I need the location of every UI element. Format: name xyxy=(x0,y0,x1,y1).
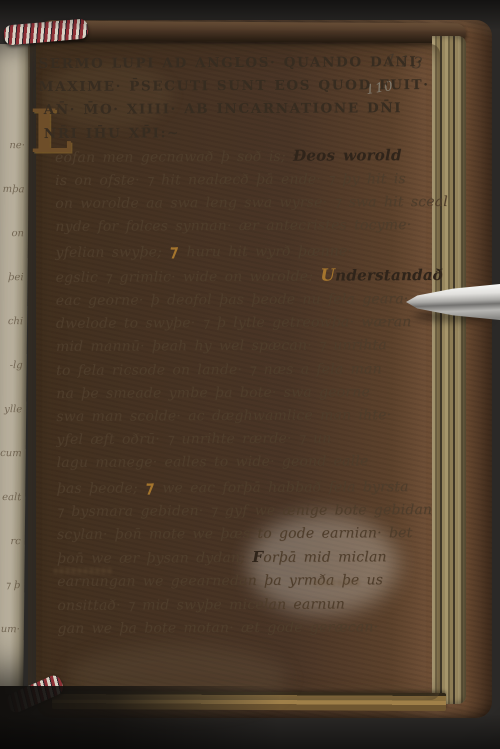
manuscript-line: AN̄· M̄O· XIIII· AB INCARNATIONE DN̄I xyxy=(44,97,427,122)
text-block: SERMO LUPI AD ANGLOS· QUANDO DANI·MAXIME… xyxy=(54,51,429,641)
text-fragment: ⁊ þ xyxy=(0,580,20,624)
text-fragment: cum xyxy=(0,448,22,492)
text-segment: dwelode to swyþe· ⁊ þ lytle getreowþa· w… xyxy=(56,314,412,332)
text-segment: on worolde aa swa leng swa wyrse· ⁊ swa … xyxy=(55,194,448,212)
text-segment: onsittað· ⁊ mid swyþe micelan earnun xyxy=(57,596,345,614)
text-segment: scylan· þon̄ mote we þæs to gode earnian… xyxy=(57,525,413,543)
manuscript-line: on worolde aa swa leng swa wyrse· ⁊ swa … xyxy=(55,191,427,216)
text-segment: gan we þa bote motan· æt gode geræcan· xyxy=(57,619,378,637)
manuscript-line: lagu manege· ealles to wide· geond ealle xyxy=(57,450,429,475)
text-fragment: -lg xyxy=(0,360,23,404)
text-segment: þas þeode; xyxy=(57,480,145,496)
text-segment: na þe smeade ymbe þa bote· swa georne xyxy=(56,384,370,402)
manuscript-line: yfel æft oðrū· ⁊ unrihte rærde· ⁊ un xyxy=(56,427,428,452)
text-segment: AN̄· M̄O· XIIII· AB INCARNATIONE DN̄I xyxy=(44,101,403,119)
text-segment: huru hit wyrð þænne· xyxy=(186,243,352,260)
text-segment: ⁊ bysmara gebiden· ⁊ gyf we ænige bote g… xyxy=(57,502,432,520)
text-segment: ⁊ xyxy=(169,240,186,260)
manuscript-line: ⁊ bysmara gebiden· ⁊ gyf we ænige bote g… xyxy=(57,499,429,524)
facing-page-text-fragments: ne·mþaonþeichi-lgyllecumealtrc⁊ þum· xyxy=(0,140,25,668)
text-segment: SERMO LUPI AD ANGLOS· QUANDO DANI· xyxy=(38,54,423,72)
text-segment: lagu manege· ealles to wide· geond ealle xyxy=(57,454,369,472)
text-fragment: rc xyxy=(0,536,21,580)
text-fragment: ealt xyxy=(0,492,21,536)
manuscript-line: NR̄I IH̄U XP̄I:~ xyxy=(44,121,427,146)
manuscript-line: MAXIME· P̄SECUTI SUNT EOS QUOD FUIT· xyxy=(39,74,427,99)
text-fragment: on xyxy=(0,228,24,272)
text-segment: to fela ricsode on lande· ⁊ næs a fela m… xyxy=(56,361,382,379)
text-segment: nderstandað xyxy=(335,266,443,285)
text-fragment: um· xyxy=(0,624,20,668)
manuscript-line: onsittað· ⁊ mid swyþe micelan earnun xyxy=(57,593,429,618)
text-segment: we eac forþā habbað fela byrsta xyxy=(162,479,408,496)
manuscript-line: na þe smeade ymbe þa bote· swa georne xyxy=(56,381,428,406)
manuscript-line: SERMO LUPI AD ANGLOS· QUANDO DANI· xyxy=(38,51,426,76)
text-segment: Ðeos worold xyxy=(293,146,402,165)
text-fragment: mþa xyxy=(0,184,25,228)
text-segment: U xyxy=(320,264,335,284)
manuscript-line: egslic ⁊ grimlic· wide on worolde; Under… xyxy=(56,263,428,290)
manuscript-line: þas þeode; ⁊ we eac forþā habbað fela by… xyxy=(57,474,429,501)
text-segment: ⁊ xyxy=(145,476,162,496)
manuscript-line: yfelian swyþe; ⁊ huru hit wyrð þænne· xyxy=(55,238,427,265)
marginal-mark xyxy=(314,580,360,586)
manuscript-line: þon̄ we ær þysan dydan; Forþā mid miclan xyxy=(57,545,429,571)
text-fragment: ylle xyxy=(0,404,22,448)
manuscript-line: dwelode to swyþe· ⁊ þ lytle getreowþa· w… xyxy=(56,311,428,336)
manuscript-line: mid mannū· þeah hy wel spæcan· ⁊ unrihta xyxy=(56,334,428,359)
facing-page-edge: ne·mþaonþeichi-lgyllecumealtrc⁊ þum· xyxy=(0,44,30,694)
text-segment: yfelian swyþe; xyxy=(55,244,169,261)
manuscript-line: eac georne· þ deofol þas þeode nu fela g… xyxy=(56,288,428,313)
text-fragment: ne· xyxy=(0,140,25,184)
text-fragment: þei xyxy=(0,272,24,316)
manuscript-line: is on ofste· ⁊ hit nealæcð þā ende· ⁊ þy… xyxy=(55,168,427,193)
text-segment: eac georne· þ deofol þas þeode nu fela g… xyxy=(56,291,409,309)
text-segment: swa man scolde· ac dæghwamlice man ihte· xyxy=(56,407,391,425)
manuscript-line: eofan men gecnawað þ soð is; Ðeos worold xyxy=(55,144,427,170)
spine-roll xyxy=(42,21,466,44)
manuscript-line: earnungan we geearnedan þa yrmða þe us xyxy=(57,569,429,594)
text-segment: is on ofste· ⁊ hit nealæcð þā ende· ⁊ þy… xyxy=(55,171,406,189)
text-segment: nyde for folces synnan· ær antecristes t… xyxy=(55,218,411,236)
manuscript-line: scylan· þon̄ mote we þæs to gode earnian… xyxy=(57,522,429,547)
text-segment: NR̄I IH̄U XP̄I:~ xyxy=(44,125,180,142)
manuscript-line: swa man scolde· ac dæghwamlice man ihte· xyxy=(56,404,428,429)
manuscript-line: gan we þa bote motan· æt gode geræcan· xyxy=(57,616,429,641)
text-fragment: chi xyxy=(0,316,23,360)
manuscript-line: nyde for folces synnan· ær antecristes t… xyxy=(55,214,427,239)
text-segment: orþā mid miclan xyxy=(263,550,387,567)
manuscript-page: 113 110 L SERMO LUPI AD ANGLOS· QUANDO D… xyxy=(28,44,440,700)
text-segment: þon̄ we ær þysan dydan; xyxy=(57,550,252,567)
shadow-overlay xyxy=(0,686,280,749)
interlinear-gloss xyxy=(54,568,112,574)
text-segment: MAXIME· P̄SECUTI SUNT EOS QUOD FUIT· xyxy=(39,77,430,95)
text-segment: mid mannū· þeah hy wel spæcan· ⁊ unrihta xyxy=(56,338,387,356)
manuscript-line: to fela ricsode on lande· ⁊ næs a fela m… xyxy=(56,358,428,383)
text-segment: yfel æft oðrū· ⁊ unrihte rærde· ⁊ un xyxy=(56,431,331,448)
text-segment: egslic ⁊ grimlic· wide on worolde; xyxy=(56,268,321,285)
manuscript-photo: ne·mþaonþeichi-lgyllecumealtrc⁊ þum· 113… xyxy=(0,0,500,749)
text-segment: eofan men gecnawað þ soð is; xyxy=(55,149,293,166)
text-segment: F xyxy=(252,548,263,566)
